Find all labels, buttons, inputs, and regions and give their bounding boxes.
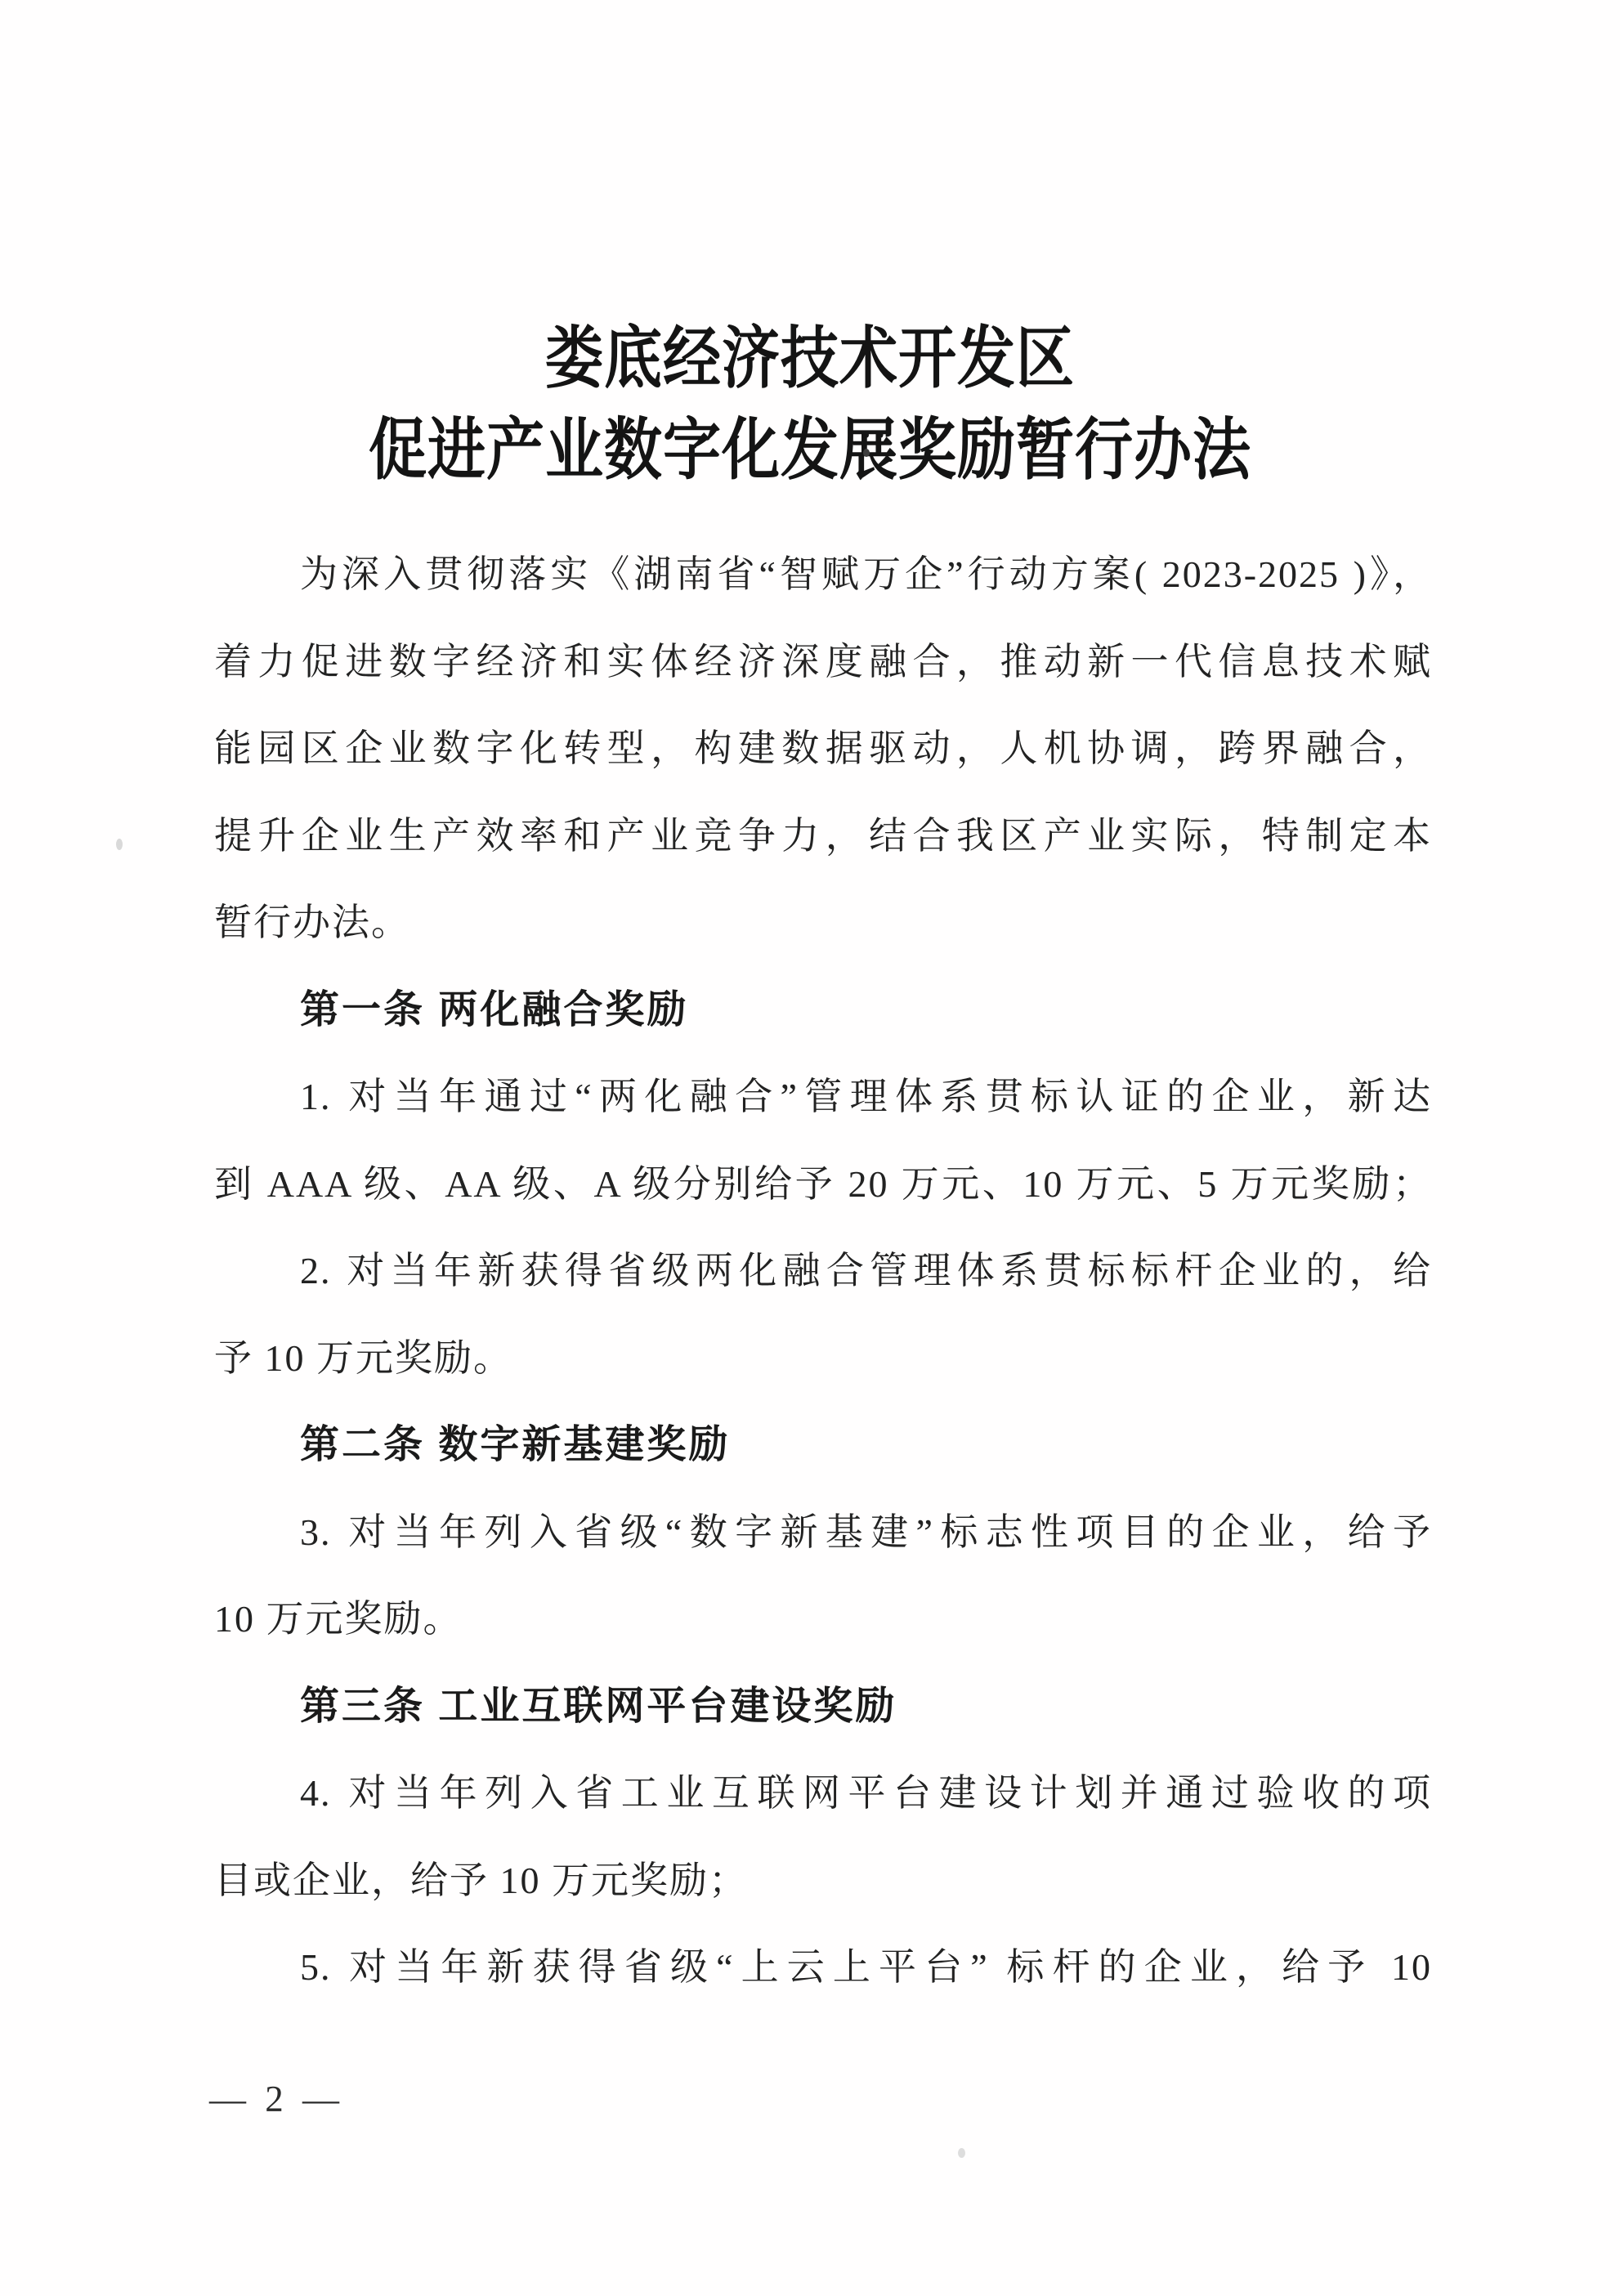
paragraph-line: 着力促进数字经济和实体经济深度融合，推动新一代信息技术赋: [214, 619, 1432, 706]
clause-2-line: 予 10 万元奖励。: [214, 1315, 1432, 1403]
clause-3-line: 10 万元奖励。: [214, 1576, 1432, 1663]
scan-speck-bottom: [958, 2148, 965, 2158]
document-body: 为深入贯彻落实《湖南省“智赋万企”行动方案( 2023-2025 )》， 着力促…: [214, 531, 1432, 2012]
section-heading-article-2: 第二条 数字新基建奖励: [214, 1402, 1432, 1489]
scan-speck-left-margin: [116, 839, 123, 850]
section-heading-article-3: 第三条 工业互联网平台建设奖励: [214, 1663, 1432, 1751]
document-title: 娄底经济技术开发区 促进产业数字化发展奖励暂行办法: [0, 314, 1620, 497]
document-title-line-1: 娄底经济技术开发区: [0, 307, 1620, 413]
section-heading-article-1: 第一条 两化融合奖励: [214, 967, 1432, 1054]
paragraph-line: 能园区企业数字化转型，构建数据驱动，人机协调，跨界融合，: [214, 705, 1432, 793]
clause-5-line: 5. 对当年新获得省级“上云上平台” 标杆的企业，给予 10: [214, 1924, 1432, 2012]
scanned-document-page: 娄底经济技术开发区 促进产业数字化发展奖励暂行办法 为深入贯彻落实《湖南省“智赋…: [0, 0, 1620, 2296]
clause-3-line: 3. 对当年列入省级“数字新基建”标志性项目的企业，给予: [214, 1489, 1432, 1577]
paragraph-line: 暂行办法。: [214, 879, 1432, 967]
scan-speck-below-title: [863, 449, 870, 457]
clause-1-line: 到 AAA 级、AA 级、A 级分别给予 20 万元、10 万元、5 万元奖励；: [214, 1141, 1432, 1229]
paragraph-line: 提升企业生产效率和产业竞争力，结合我区产业实际，特制定本: [214, 793, 1432, 880]
page-number: — 2 —: [209, 2074, 344, 2124]
clause-4-line: 目或企业，给予 10 万元奖励；: [214, 1837, 1432, 1925]
document-title-line-2: 促进产业数字化发展奖励暂行办法: [0, 398, 1620, 504]
clause-1-line: 1. 对当年通过“两化融合”管理体系贯标认证的企业，新达: [214, 1054, 1432, 1141]
clause-2-line: 2. 对当年新获得省级两化融合管理体系贯标标杆企业的，给: [214, 1228, 1432, 1315]
clause-4-line: 4. 对当年列入省工业互联网平台建设计划并通过验收的项: [214, 1750, 1432, 1837]
paragraph-line: 为深入贯彻落实《湖南省“智赋万企”行动方案( 2023-2025 )》，: [214, 531, 1432, 619]
